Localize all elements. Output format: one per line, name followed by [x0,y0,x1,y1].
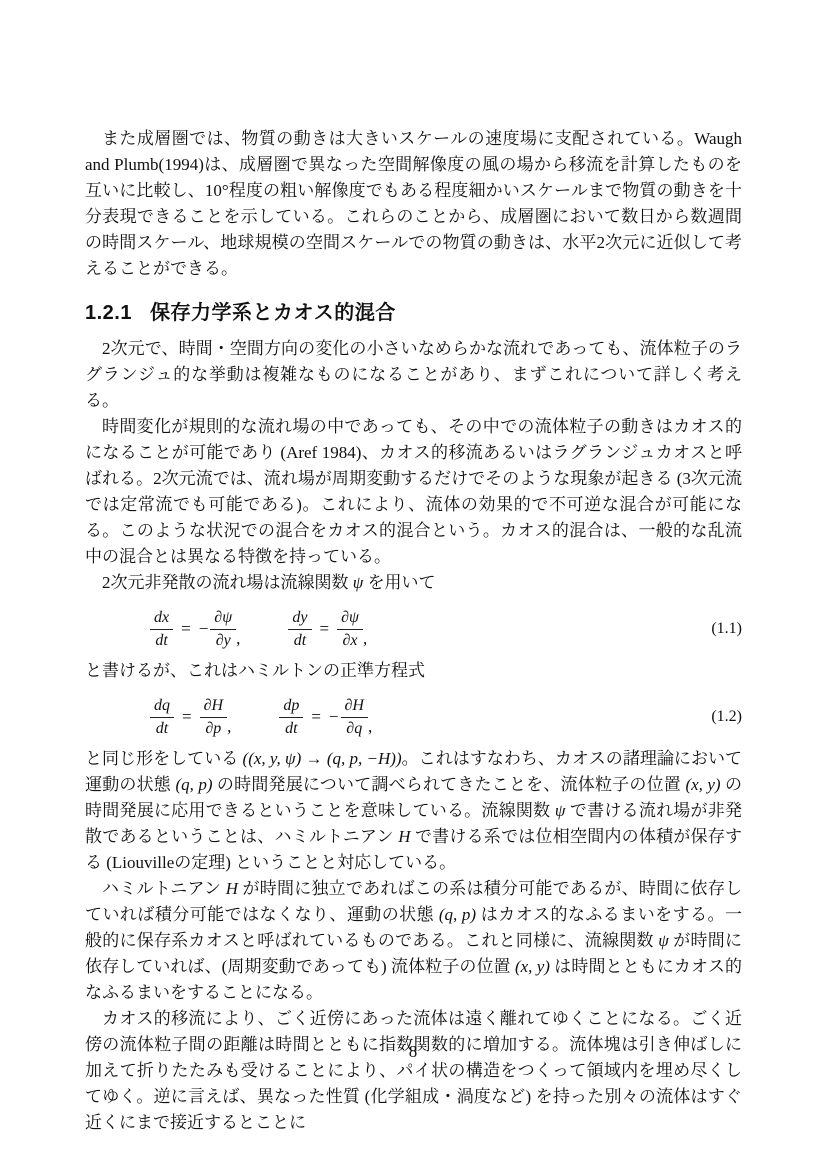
comma: , [368,717,372,737]
fraction-denominator: dt [294,630,306,650]
fraction-numerator: dq [150,696,174,717]
text-run: と同じ形をしている [85,749,243,768]
equation-1-1-body: dxdt=−∂ψ∂y,dydt=∂ψ∂x, [150,608,367,649]
fraction: dqdt [150,696,174,737]
equation-1-2: dqdt=∂H∂p,dpdt=−∂H∂q, (1.2) [85,692,742,742]
fraction-numerator: dx [150,608,173,629]
paragraph-canonical-correspondence: と同じ形をしている ((x, y, ψ) → (q, p, −H))。これはすな… [85,746,742,876]
comma: , [236,629,240,649]
text-run: 2次元で、時間・空間方向の変化の小さいなめらかな流れであっても、流体粒子のラグラ… [85,339,742,410]
fraction-denominator: ∂y [216,630,231,650]
paragraph-integrability: ハミルトニアン H が時間に独立であればこの系は積分可能であるが、時間に依存して… [85,876,742,1006]
text-run: 2次元非発散の流れ場は流線関数 [102,573,353,592]
section-number: 1.2.1 [85,302,132,324]
text-run: カオス的移流により、ごく近傍にあった流体は遠く離れてゆくことになる。ごく近傍の流… [85,1009,742,1132]
fraction-denominator: dt [155,630,167,650]
fraction-numerator: dp [279,696,303,717]
fraction-denominator: ∂q [346,718,362,738]
comma: , [227,717,231,737]
text-block: また成層圏では、物質の動きは大きいスケールの速度場に支配されている。Waugh … [85,126,742,1136]
fraction: dydt [288,608,311,649]
section-heading: 1.2.1保存力学系とカオス的混合 [85,300,742,326]
inline-math: H [226,879,238,898]
equals-sign: = [311,707,321,727]
paragraph-streamfunction-lead-in: 2次元非発散の流れ場は流線関数 ψ を用いて [85,570,742,596]
fraction: ∂ψ∂x [337,608,363,649]
fraction: ∂H∂p [200,696,227,737]
inline-math: ψ [658,931,669,950]
inline-math: ((x, y, ψ) → (q, p, −H)) [243,749,402,768]
equals-sign: = [181,619,191,639]
text-run: の時間発展について調べられてきたことを、流体粒子の位置 [212,775,685,794]
paragraph-intro-stratosphere: また成層圏では、物質の動きは大きいスケールの速度場に支配されている。Waugh … [85,126,742,282]
fraction: dpdt [279,696,303,737]
document-page: また成層圏では、物質の動きは大きいスケールの速度場に支配されている。Waugh … [0,0,826,1169]
equation-1-2-body: dqdt=∂H∂p,dpdt=−∂H∂q, [150,696,372,737]
inline-math: H [398,827,410,846]
equation-1-1: dxdt=−∂ψ∂y,dydt=∂ψ∂x, (1.1) [85,604,742,654]
paragraph-chaotic-advection: 時間変化が規則的な流れ場の中であっても、その中での流体粒子の動きはカオス的になる… [85,414,742,570]
text-run: と書けるが、これはハミルトンの正準方程式 [85,661,425,680]
paragraph-2d-flow: 2次元で、時間・空間方向の変化の小さいなめらかな流れであっても、流体粒子のラグラ… [85,336,742,414]
inline-math: (q, p) [439,905,476,924]
section-title: 保存力学系とカオス的混合 [150,302,396,324]
text-run: ハミルトニアン [102,879,226,898]
fraction-denominator: ∂p [205,718,221,738]
fraction-numerator: ∂H [200,696,227,717]
fraction-numerator: ∂H [341,696,368,717]
inline-math: (q, p) [175,775,212,794]
minus-sign: − [199,619,209,639]
equation-1-1-number: (1.1) [711,620,742,638]
paragraph-exponential-separation: カオス的移流により、ごく近傍にあった流体は遠く離れてゆくことになる。ごく近傍の流… [85,1006,742,1136]
equation-1-2-number: (1.2) [711,708,742,726]
fraction: ∂H∂q [341,696,368,737]
equals-sign: = [182,707,192,727]
fraction: ∂ψ∂y [210,608,236,649]
paragraph-hamilton-lead-in: と書けるが、これはハミルトンの正準方程式 [85,658,742,684]
text-run: また成層圏では、物質の動きは大きいスケールの速度場に支配されている。Waugh … [85,129,742,278]
equals-sign: = [320,619,330,639]
fraction-denominator: dt [285,718,297,738]
inline-math: ψ [353,573,364,592]
fraction-numerator: dy [288,608,311,629]
inline-math: (x, y) [685,775,720,794]
fraction-numerator: ∂ψ [337,608,363,629]
page-number: 8 [0,1042,826,1062]
fraction-denominator: ∂x [343,630,358,650]
fraction: dxdt [150,608,173,649]
text-run: 時間変化が規則的な流れ場の中であっても、その中での流体粒子の動きはカオス的になる… [85,417,742,566]
fraction-numerator: ∂ψ [210,608,236,629]
inline-math: ψ [555,801,566,820]
fraction-denominator: dt [156,718,168,738]
text-run: を用いて [363,573,435,592]
minus-sign: − [329,707,339,727]
inline-math: (x, y) [515,957,550,976]
comma: , [363,629,367,649]
